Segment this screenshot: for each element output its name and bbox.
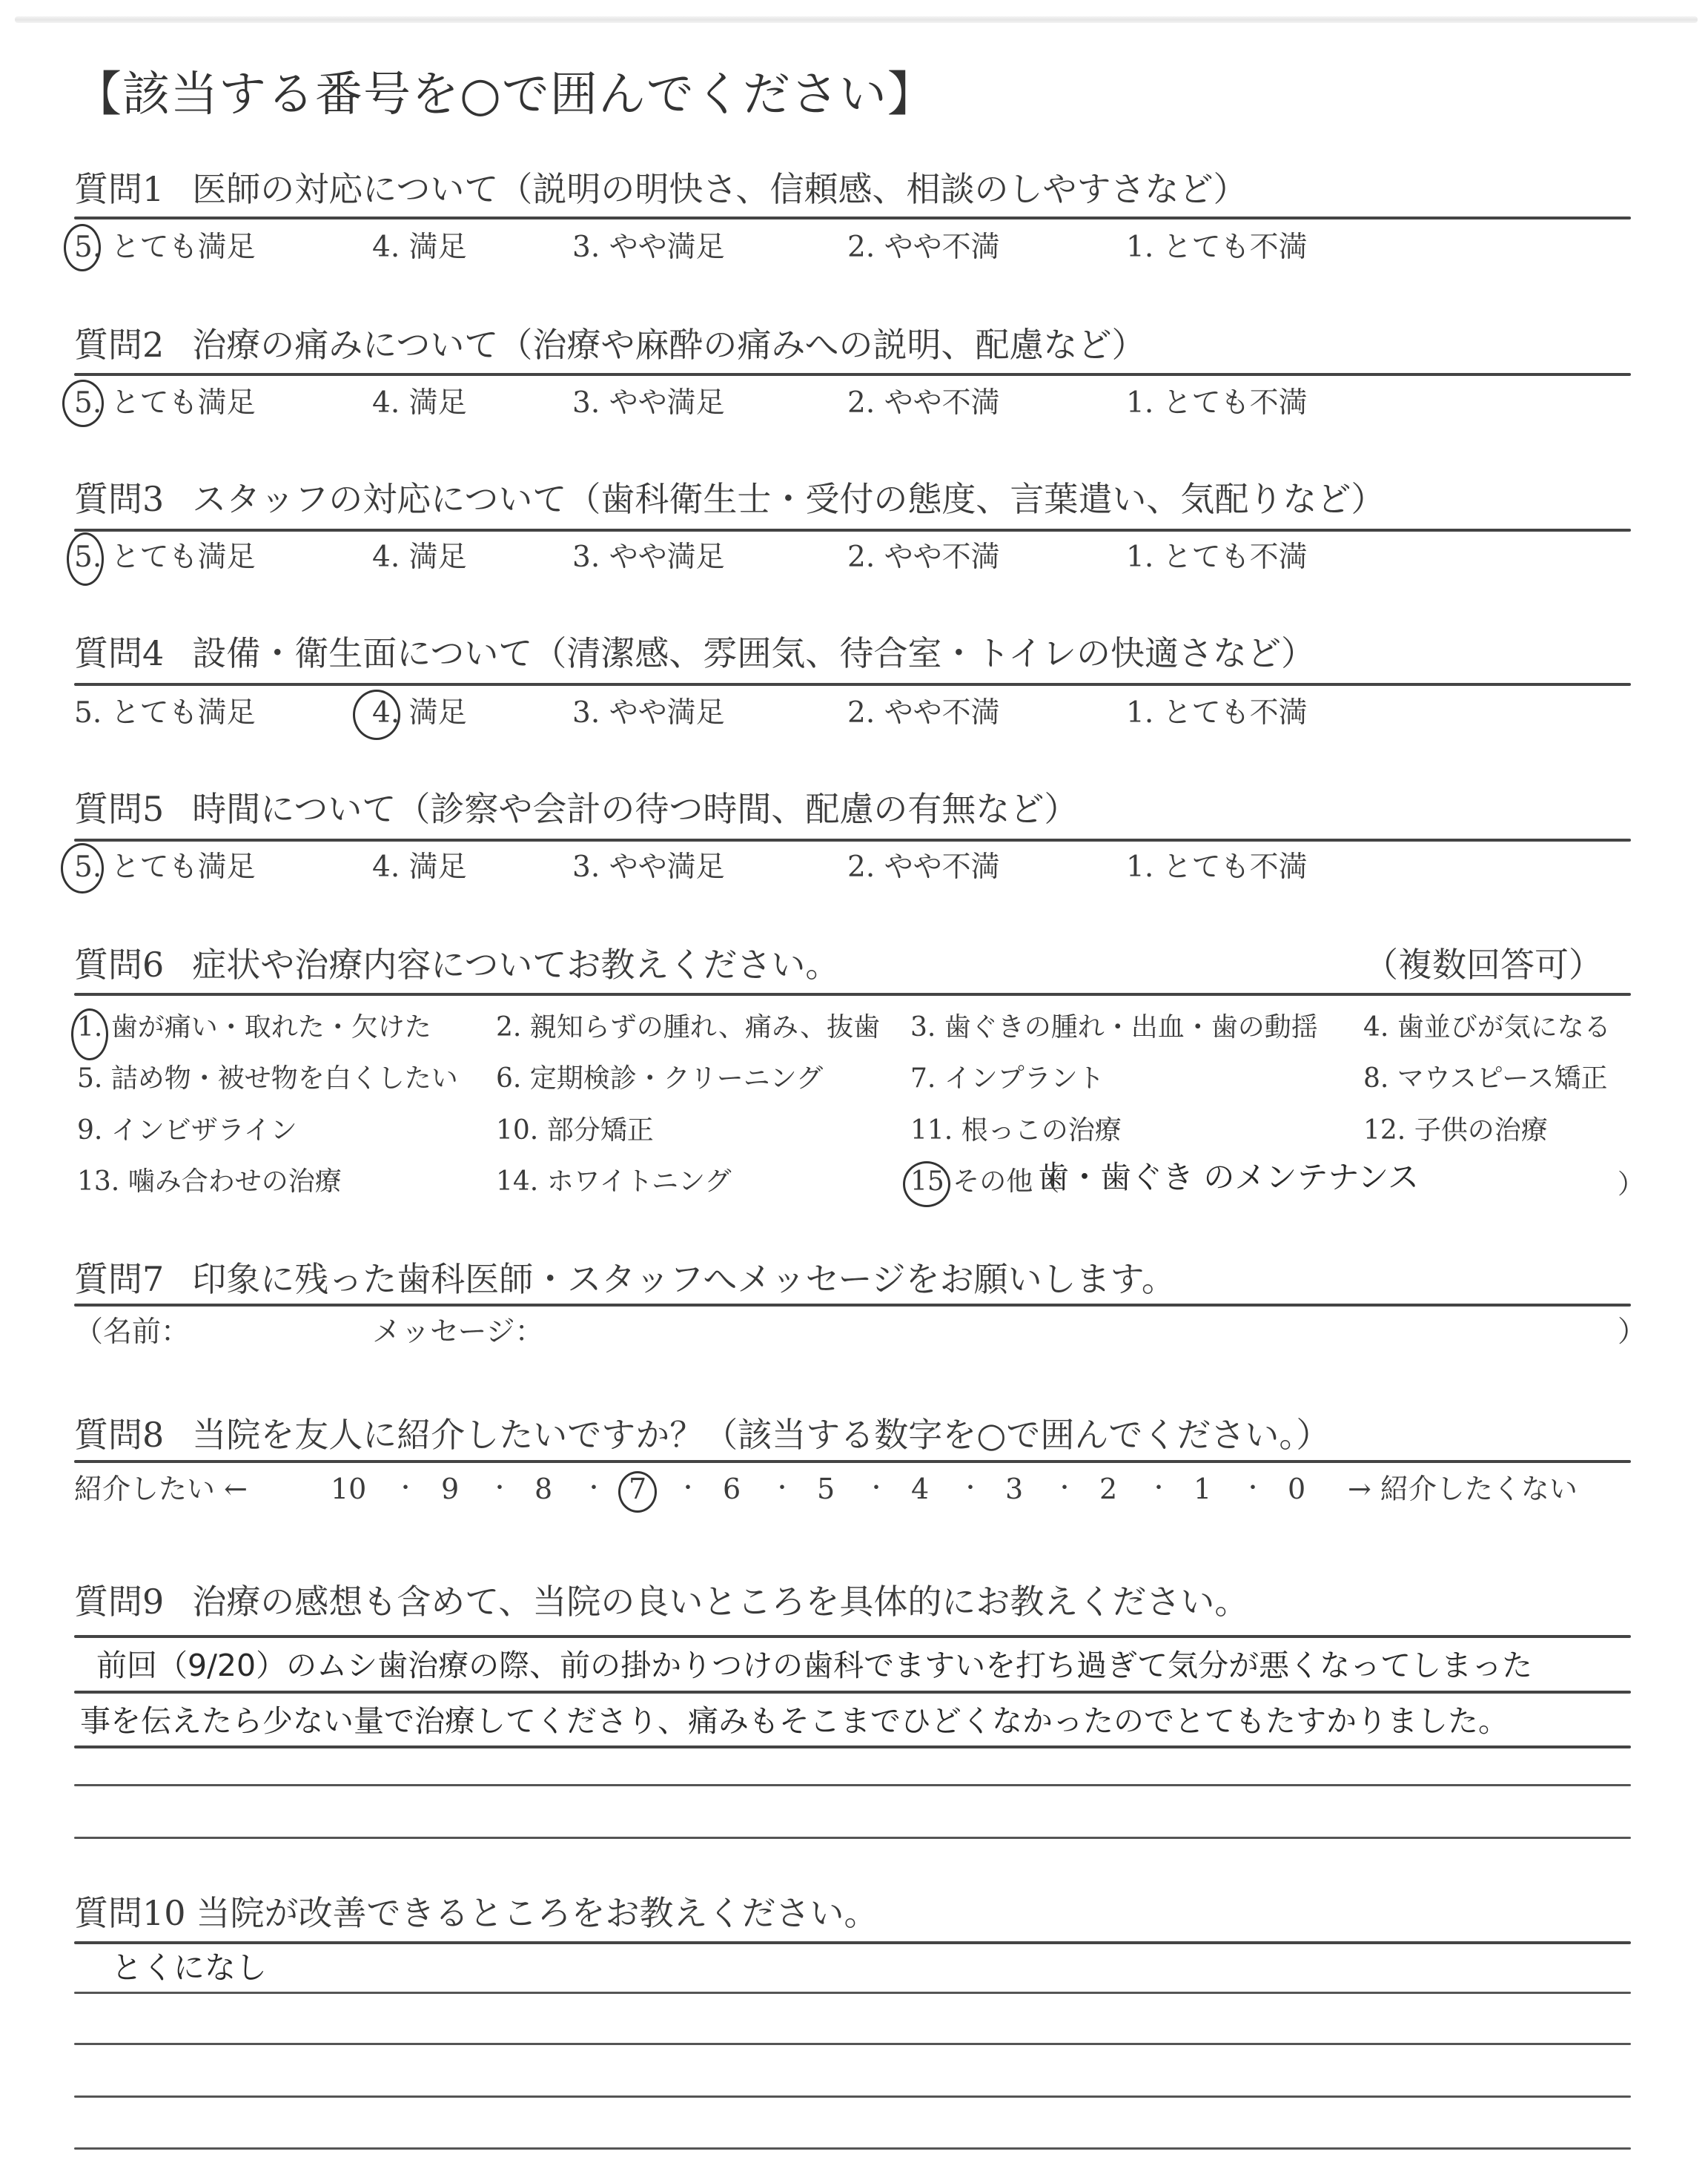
scale-right-label: → 紹介したくない xyxy=(1348,1472,1578,1506)
question-8-rule xyxy=(74,1460,1631,1463)
question-10-number: 質問10 xyxy=(74,1893,186,1933)
q4-option-3[interactable]: 3. やや満足 xyxy=(572,696,725,730)
scale-1[interactable]: 1 xyxy=(1194,1472,1211,1506)
question-10-rule xyxy=(74,1941,1631,1944)
q3-option-4[interactable]: 4. 満足 xyxy=(372,541,467,575)
question-6-text: 症状や治療内容についてお教えください。 xyxy=(192,945,839,985)
q10-writing-line xyxy=(74,1992,1631,1994)
multiple-answers-note: （複数回答可） xyxy=(1364,945,1603,985)
question-5-number: 質問5 xyxy=(74,789,164,829)
message-close-paren: ） xyxy=(1618,1315,1646,1350)
question-1-rule xyxy=(74,217,1631,219)
q9-writing-line xyxy=(74,1745,1631,1748)
q2-option-2[interactable]: 2. やや不満 xyxy=(847,386,1000,420)
q6-item-14[interactable]: 14. ホワイトニング xyxy=(496,1166,731,1198)
question-2-text: 治療の痛みについて（治療や麻酔の痛みへの説明、配慮など） xyxy=(192,325,1145,365)
name-label: （名前： xyxy=(74,1315,190,1350)
q10-answer-line-1[interactable]: とくになし xyxy=(111,1949,267,1987)
q4-option-5[interactable]: 5. とても満足 xyxy=(74,696,256,730)
q6-item-3[interactable]: 3. 歯ぐきの腫れ・出血・歯の動揺 xyxy=(910,1011,1318,1044)
question-10-heading: 質問10当院が改善できるところをお教えください。 xyxy=(74,1893,878,1933)
q5-option-2[interactable]: 2. やや不満 xyxy=(847,851,1000,885)
q1-option-4[interactable]: 4. 満足 xyxy=(372,231,467,265)
scale-separator: ・ xyxy=(1242,1472,1264,1506)
question-7-rule xyxy=(74,1304,1631,1307)
q6-item-5[interactable]: 5. 詰め物・被せ物を白くしたい xyxy=(77,1063,458,1095)
q6-other-close-paren: ） xyxy=(1618,1169,1644,1201)
scale-0[interactable]: 0 xyxy=(1288,1472,1305,1506)
question-6-number: 質問6 xyxy=(74,945,164,985)
q10-writing-line xyxy=(74,2095,1631,2098)
q6-item-2[interactable]: 2. 親知らずの腫れ、痛み、抜歯 xyxy=(496,1011,880,1044)
scale-8[interactable]: 8 xyxy=(534,1472,552,1506)
question-2-rule xyxy=(74,373,1631,376)
scale-separator: ・ xyxy=(959,1472,982,1506)
q6-item-1[interactable]: 1. 歯が痛い・取れた・欠けた xyxy=(77,1011,431,1044)
q9-writing-line xyxy=(74,1784,1631,1786)
q1-option-2[interactable]: 2. やや不満 xyxy=(847,231,1000,265)
scale-separator: ・ xyxy=(677,1472,699,1506)
q6-item-9[interactable]: 9. インビザライン xyxy=(77,1114,297,1147)
scale-6[interactable]: 6 xyxy=(723,1472,741,1506)
question-2-number: 質問2 xyxy=(74,325,164,365)
scale-5[interactable]: 5 xyxy=(817,1472,835,1506)
question-2-heading: 質問2治療の痛みについて（治療や麻酔の痛みへの説明、配慮など） xyxy=(74,325,1145,365)
q10-writing-line xyxy=(74,2147,1631,2150)
scale-10[interactable]: 10 xyxy=(331,1472,366,1506)
q5-option-1[interactable]: 1. とても不満 xyxy=(1126,851,1308,885)
q5-option-4[interactable]: 4. 満足 xyxy=(372,851,467,885)
q3-option-1[interactable]: 1. とても不満 xyxy=(1126,541,1308,575)
question-1-number: 質問1 xyxy=(74,169,164,209)
q6-item-8[interactable]: 8. マウスピース矯正 xyxy=(1363,1063,1607,1095)
scale-separator: ・ xyxy=(489,1472,511,1506)
scale-separator: ・ xyxy=(1053,1472,1076,1506)
scale-separator: ・ xyxy=(865,1472,887,1506)
q4-option-2[interactable]: 2. やや不満 xyxy=(847,696,1000,730)
q6-item-15-number: 15 xyxy=(910,1166,944,1197)
q1-option-5[interactable]: 5. とても満足 xyxy=(74,231,256,265)
scale-separator: ・ xyxy=(583,1472,605,1506)
question-4-text: 設備・衛生面について（清潔感、雰囲気、待合室・トイレの快適さなど） xyxy=(192,633,1315,673)
q6-item-10[interactable]: 10. 部分矯正 xyxy=(496,1114,654,1147)
question-6-heading: 質問6症状や治療内容についてお教えください。 xyxy=(74,945,839,985)
q1-option-1[interactable]: 1. とても不満 xyxy=(1126,231,1308,265)
scale-separator: ・ xyxy=(1148,1472,1170,1506)
scale-2[interactable]: 2 xyxy=(1099,1472,1117,1506)
q3-option-3[interactable]: 3. やや満足 xyxy=(572,541,725,575)
q6-item-6[interactable]: 6. 定期検診・クリーニング xyxy=(496,1063,823,1095)
question-8-text: 当院を友人に紹介したいですか？（該当する数字を○で囲んでください。） xyxy=(192,1415,1330,1455)
q1-option-3[interactable]: 3. やや満足 xyxy=(572,231,725,265)
q6-item-13[interactable]: 13. 噛み合わせの治療 xyxy=(77,1166,342,1198)
q9-writing-line xyxy=(74,1837,1631,1839)
question-3-rule xyxy=(74,529,1631,532)
question-3-number: 質問3 xyxy=(74,479,164,519)
q9-answer-line-2[interactable]: 事を伝えたら少ない量で治療してくださり、痛みもそこまでひどくなかったのでとてもた… xyxy=(80,1702,1509,1740)
question-9-heading: 質問9治療の感想も含めて、当院の良いところを具体的にお教えください。 xyxy=(74,1582,1248,1622)
question-1-text: 医師の対応について（説明の明快さ、信頼感、相談のしやすさなど） xyxy=(192,169,1247,209)
q6-item-12[interactable]: 12. 子供の治療 xyxy=(1363,1114,1548,1147)
q2-option-5[interactable]: 5. とても満足 xyxy=(74,386,256,420)
question-5-text: 時間について（診察や会計の待つ時間、配慮の有無など） xyxy=(192,789,1078,829)
message-label: メッセージ： xyxy=(372,1315,544,1350)
q6-item-7[interactable]: 7. インプラント xyxy=(910,1063,1105,1095)
q3-option-2[interactable]: 2. やや不満 xyxy=(847,541,1000,575)
scale-3[interactable]: 3 xyxy=(1005,1472,1023,1506)
scale-separator: ・ xyxy=(771,1472,793,1506)
q4-option-4[interactable]: 4. 満足 xyxy=(372,696,467,730)
question-4-rule xyxy=(74,683,1631,686)
question-6-rule xyxy=(74,993,1631,996)
message-field[interactable] xyxy=(563,1315,1601,1350)
q6-item-11[interactable]: 11. 根っこの治療 xyxy=(910,1114,1122,1147)
question-5-rule xyxy=(74,839,1631,842)
question-8-number: 質問8 xyxy=(74,1415,164,1455)
q10-writing-line xyxy=(74,2043,1631,2045)
q2-option-4[interactable]: 4. 満足 xyxy=(372,386,467,420)
q6-other-answer[interactable]: 歯・歯ぐき のメンテナンス xyxy=(1038,1158,1419,1197)
question-3-text: スタッフの対応について（歯科衛生士・受付の態度、言葉遣い、気配りなど） xyxy=(192,479,1385,519)
q5-option-3[interactable]: 3. やや満足 xyxy=(572,851,725,885)
scale-left-label: 紹介したい ← xyxy=(74,1472,248,1506)
page-title: 【該当する番号を○で囲んでください】 xyxy=(74,68,936,122)
q2-option-3[interactable]: 3. やや満足 xyxy=(572,386,725,420)
scale-4[interactable]: 4 xyxy=(911,1472,929,1506)
q9-writing-line xyxy=(74,1691,1631,1694)
question-7-number: 質問7 xyxy=(74,1259,164,1299)
q9-answer-line-1[interactable]: 前回（9/20）のムシ歯治療の際、前の掛かりつけの歯科でますいを打ち過ぎて気分が… xyxy=(96,1646,1532,1685)
question-3-heading: 質問3スタッフの対応について（歯科衛生士・受付の態度、言葉遣い、気配りなど） xyxy=(74,479,1385,519)
q3-option-5[interactable]: 5. とても満足 xyxy=(74,541,256,575)
scan-edge-band xyxy=(15,16,1698,23)
question-9-number: 質問9 xyxy=(74,1582,164,1622)
question-4-heading: 質問4設備・衛生面について（清潔感、雰囲気、待合室・トイレの快適さなど） xyxy=(74,633,1315,673)
scale-9[interactable]: 9 xyxy=(441,1472,459,1506)
question-4-number: 質問4 xyxy=(74,633,164,673)
question-1-heading: 質問1医師の対応について（説明の明快さ、信頼感、相談のしやすさなど） xyxy=(74,169,1248,209)
name-field[interactable] xyxy=(222,1315,363,1350)
scale-7[interactable]: 7 xyxy=(629,1472,646,1506)
question-9-rule xyxy=(74,1635,1631,1638)
question-8-heading: 質問8当院を友人に紹介したいですか？（該当する数字を○で囲んでください。） xyxy=(74,1415,1330,1455)
q6-item-4[interactable]: 4. 歯並びが気になる xyxy=(1363,1011,1611,1044)
q4-option-1[interactable]: 1. とても不満 xyxy=(1126,696,1308,730)
question-5-heading: 質問5時間について（診察や会計の待つ時間、配慮の有無など） xyxy=(74,789,1078,829)
question-9-text: 治療の感想も含めて、当院の良いところを具体的にお教えください。 xyxy=(192,1582,1248,1622)
question-10-text: 当院が改善できるところをお教えください。 xyxy=(196,1893,878,1933)
q2-option-1[interactable]: 1. とても不満 xyxy=(1126,386,1308,420)
question-7-heading: 質問7印象に残った歯科医師・スタッフへメッセージをお願いします。 xyxy=(74,1259,1176,1299)
scale-separator: ・ xyxy=(394,1472,417,1506)
question-7-text: 印象に残った歯科医師・スタッフへメッセージをお願いします。 xyxy=(192,1259,1176,1299)
q5-option-5[interactable]: 5. とても満足 xyxy=(74,851,256,885)
